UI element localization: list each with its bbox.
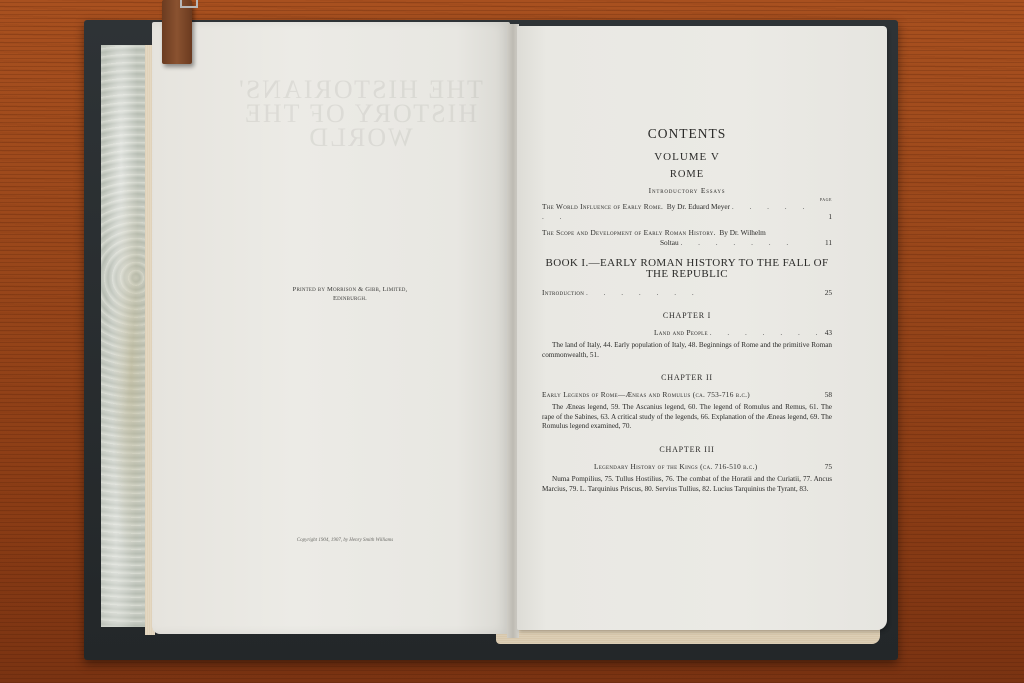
essay-author: By Dr. Wilhelm bbox=[719, 228, 765, 237]
chapter-entry: Land and People . . . . . . . 43 bbox=[542, 328, 832, 338]
toc-entry: The World Influence of Early Rome. By Dr… bbox=[542, 202, 832, 222]
leader-dots: . . . . . . . bbox=[710, 328, 825, 337]
page-number: 1 bbox=[828, 212, 832, 222]
chapter-description: Numa Pompilius, 75. Tullus Hostilius, 76… bbox=[542, 475, 832, 494]
leader-dots: . . . . . . . bbox=[680, 238, 795, 247]
essay-title: The World Influence of Early Rome. bbox=[542, 202, 663, 211]
printer-imprint: Printed by Morrison & Gibb, Limited, Edi… bbox=[270, 285, 430, 303]
chapter-title: Land and People bbox=[654, 328, 708, 337]
imprint-line-2: Edinburgh. bbox=[270, 294, 430, 303]
page-number: 11 bbox=[825, 238, 832, 248]
marbled-endpaper bbox=[101, 45, 151, 627]
chapter-description: The Æneas legend, 59. The Ascanius legen… bbox=[542, 403, 832, 432]
page-number: 58 bbox=[825, 390, 832, 400]
toc-entry-introduction: Introduction . . . . . . . 25 bbox=[542, 288, 832, 298]
chapter-heading: CHAPTER II bbox=[542, 373, 832, 382]
essay-author: By Dr. Eduard Meyer bbox=[667, 202, 730, 211]
page-number: 25 bbox=[825, 288, 832, 298]
chapter-description: The land of Italy, 44. Early population … bbox=[542, 341, 832, 360]
book-title: BOOK I.—EARLY ROMAN HISTORY TO THE FALL … bbox=[542, 258, 832, 280]
volume-heading: VOLUME V bbox=[542, 151, 832, 163]
copyright-notice: Copyright 1904, 1907, by Henry Smith Wil… bbox=[270, 538, 420, 543]
imprint-line-1: Printed by Morrison & Gibb, Limited, bbox=[270, 285, 430, 294]
toc-entry: The Scope and Development of Early Roman… bbox=[542, 228, 832, 238]
introduction-label: Introduction bbox=[542, 288, 584, 297]
toc-entry-continued: Soltau . . . . . . . 11 bbox=[542, 238, 832, 248]
wooden-clip-icon bbox=[162, 0, 192, 64]
contents-heading: CONTENTS bbox=[542, 126, 832, 142]
table-of-contents: CONTENTS VOLUME V ROME Introductory Essa… bbox=[542, 126, 832, 494]
essay-author-cont: Soltau bbox=[660, 238, 679, 247]
chapter-entry: Legendary History of the Kings (ca. 716-… bbox=[542, 462, 832, 472]
clip-spring bbox=[180, 0, 198, 8]
leader-dots: . . . . . . . bbox=[586, 288, 701, 297]
section-heading: Introductory Essays bbox=[542, 186, 832, 195]
show-through-text: THE HISTORIANS' HISTORY OF THE WORLD bbox=[220, 78, 500, 150]
page-number: 75 bbox=[825, 462, 832, 472]
subject-heading: ROME bbox=[542, 169, 832, 180]
chapter-title: Legendary History of the Kings (ca. 716-… bbox=[594, 462, 757, 471]
chapter-entry: Early Legends of Rome—Æneas and Romulus … bbox=[542, 390, 832, 400]
essay-title: The Scope and Development of Early Roman… bbox=[542, 228, 716, 237]
chapter-title: Early Legends of Rome—Æneas and Romulus … bbox=[542, 390, 750, 399]
chapter-heading: CHAPTER I bbox=[542, 311, 832, 320]
chapter-heading: CHAPTER III bbox=[542, 445, 832, 454]
page-number: 43 bbox=[825, 328, 832, 338]
